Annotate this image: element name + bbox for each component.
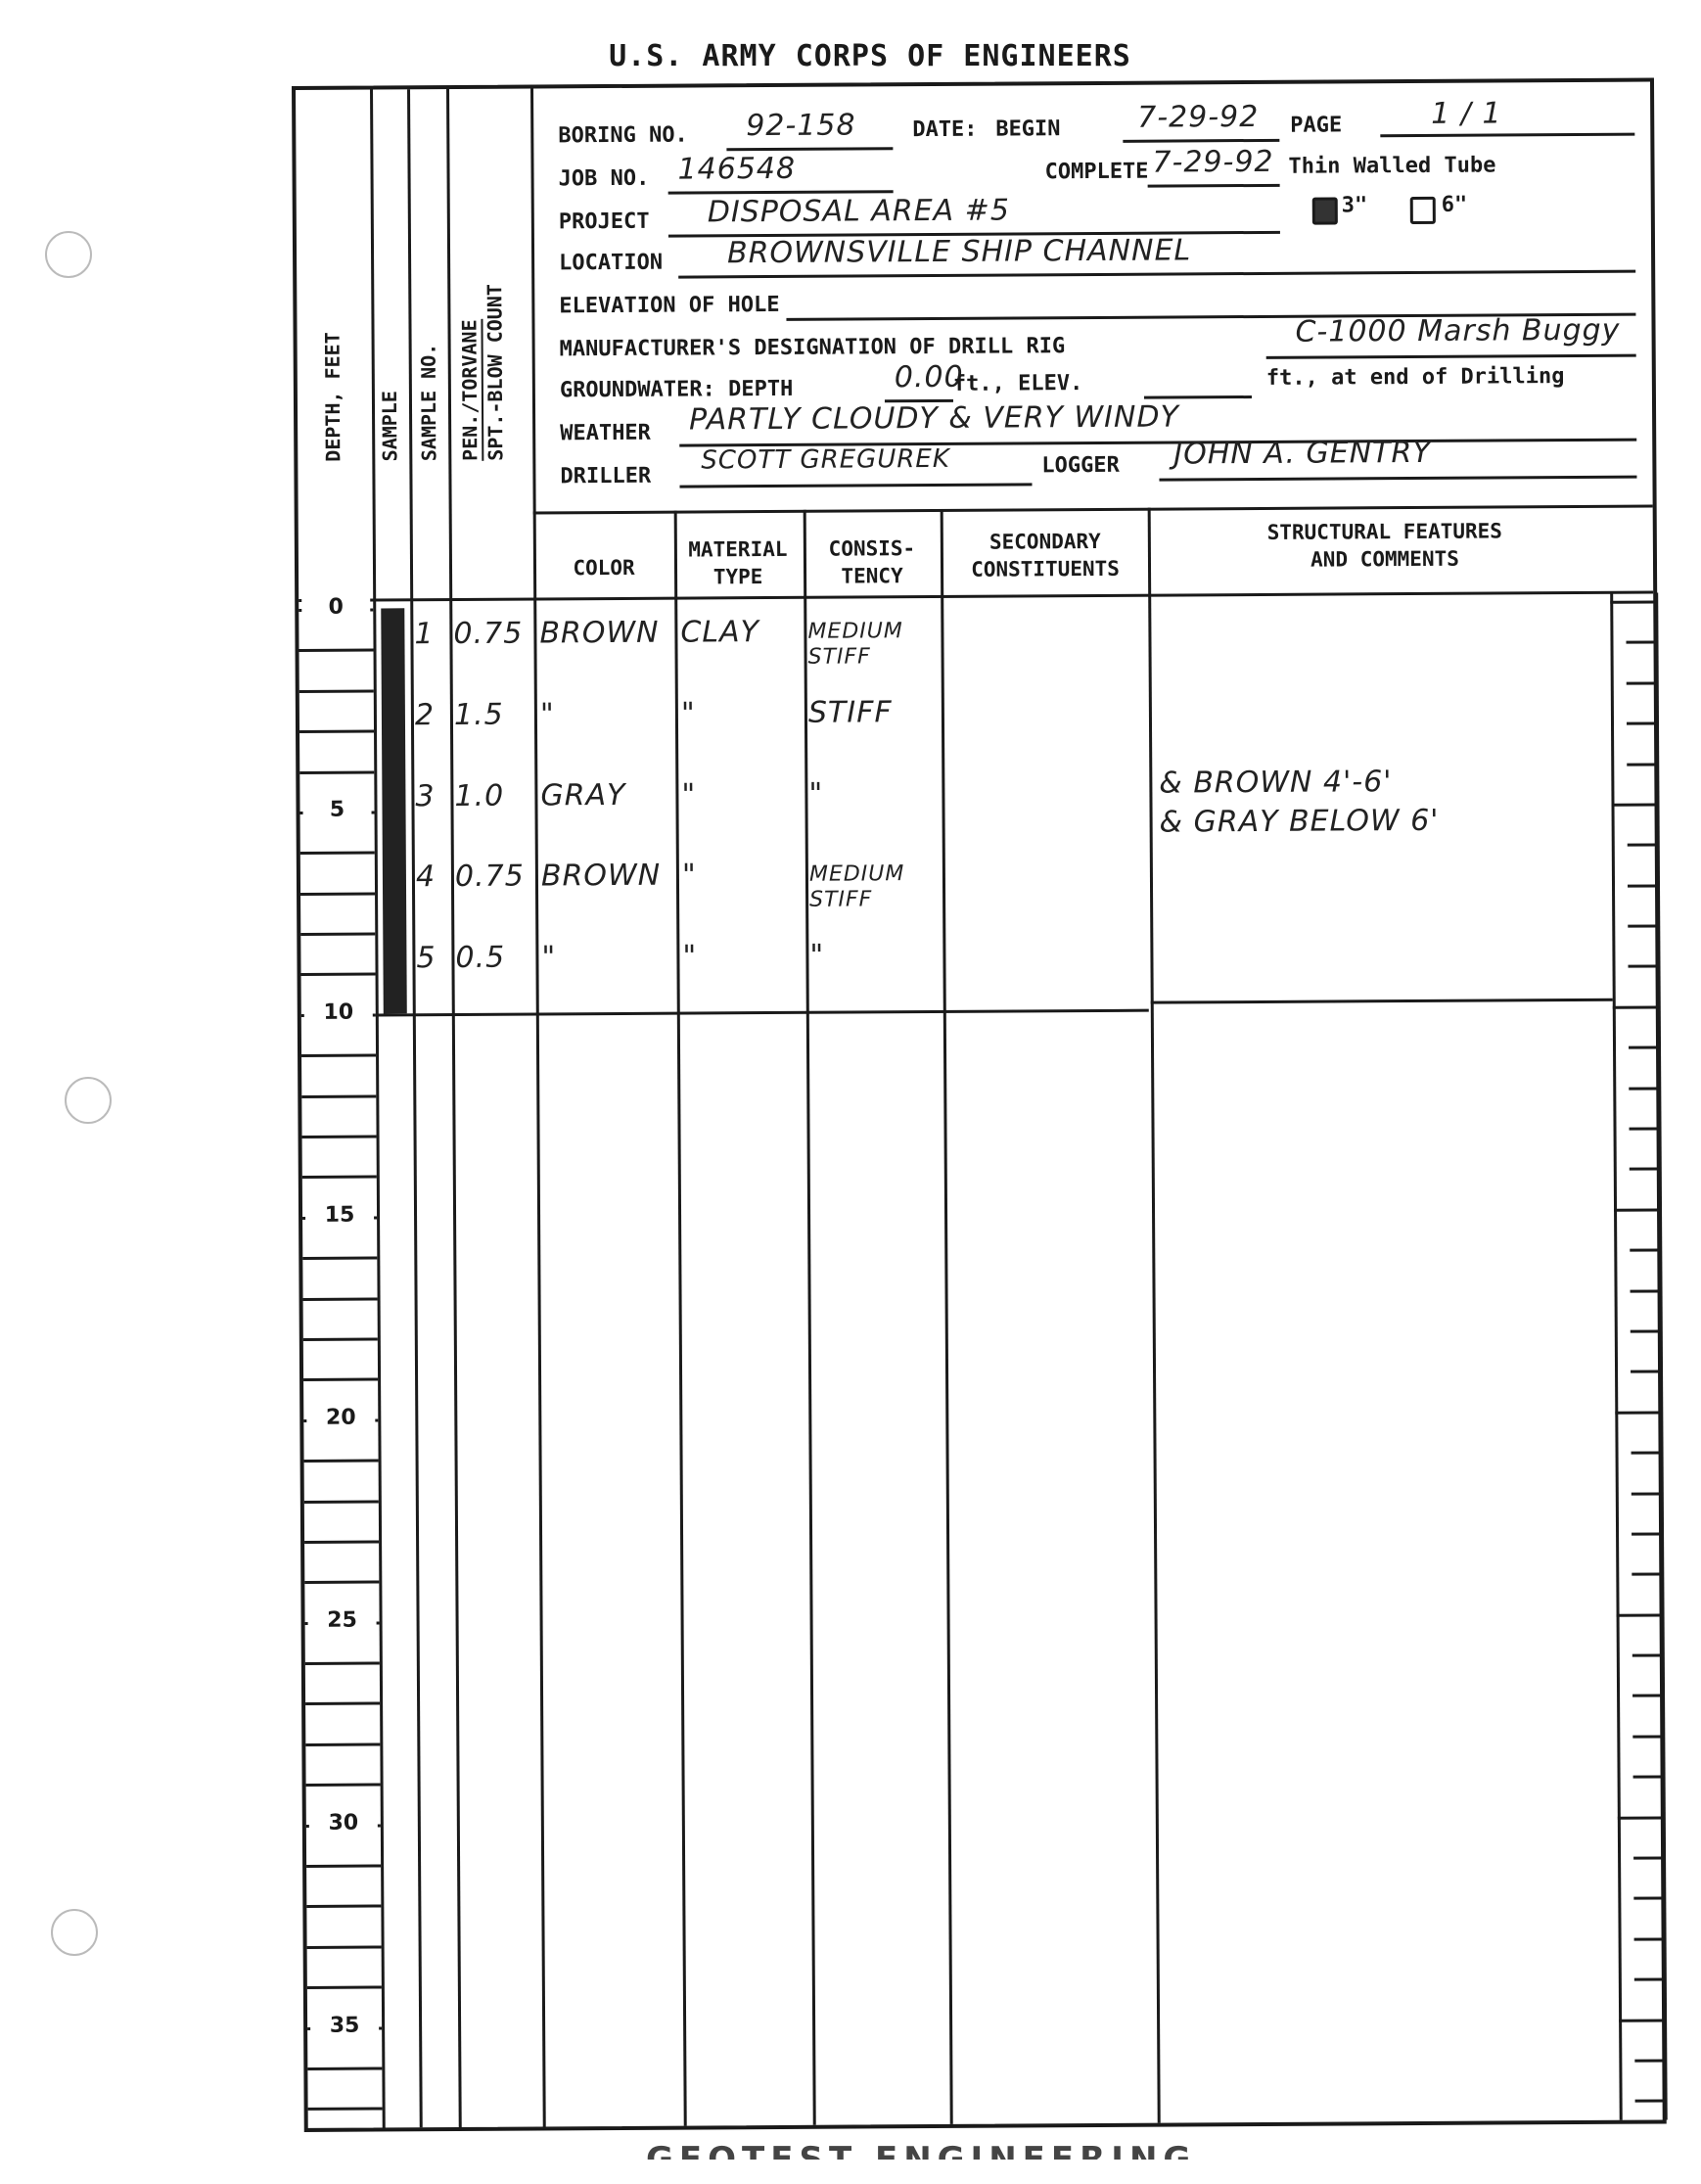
sample-consistency: " (809, 943, 946, 969)
consistency-col-header-1: CONSIS- (804, 534, 941, 563)
scale-tick (1634, 1978, 1664, 1981)
depth-tick (301, 1054, 376, 1057)
scale-tick (1631, 1371, 1660, 1373)
scale-tick (1629, 1087, 1658, 1090)
depth-tick (303, 1297, 378, 1300)
depth-tick (301, 1094, 376, 1097)
scale-tick (1631, 1329, 1660, 1332)
sample-color: " (540, 701, 675, 727)
secondary-col-header-2: CONSTITUENTS (942, 555, 1148, 583)
scale-tick (1618, 1816, 1663, 1819)
page-label: PAGE (1290, 113, 1342, 137)
driller-label: DRILLER (560, 464, 651, 489)
document-title: U.S. ARMY CORPS OF ENGINEERS (0, 39, 1701, 73)
depth-tick (299, 649, 374, 652)
sample-pen: 1.5 (454, 702, 536, 728)
sample-no-column-label: SAMPLE NO. (417, 344, 441, 462)
sample-material: " (682, 862, 805, 889)
scale-tick (1617, 1613, 1662, 1616)
depth-tick (308, 2108, 383, 2111)
depth-label: 30 (309, 1810, 378, 1835)
scale-tick (1627, 681, 1656, 684)
drill-rig-value: C-1000 Marsh Buggy (1295, 313, 1620, 349)
scale-tick (1627, 763, 1656, 766)
job-no-value: 146548 (677, 152, 796, 187)
logger-value: JOHN A. GENTRY (1173, 436, 1432, 472)
weather-value: PARTLY CLOUDY & VERY WINDY (689, 399, 1179, 437)
depth-tick (305, 1702, 380, 1705)
begin-date: 7-29-92 (1137, 100, 1259, 135)
depth-label: 10 (304, 999, 373, 1024)
color-col-header: COLOR (535, 554, 672, 582)
scale-tick (1635, 2100, 1665, 2103)
scale-tick (1631, 1289, 1660, 1292)
scale-tick (1632, 1735, 1662, 1738)
depth-tick (307, 2067, 382, 2069)
depth-tick (304, 1500, 379, 1503)
depth-tick (305, 1662, 380, 1665)
scale-tick (1634, 2059, 1664, 2062)
depth-tick (306, 1784, 381, 1787)
sample-interval-bar (381, 608, 407, 1013)
sample-no: 4 (416, 864, 451, 890)
depth-tick (304, 1540, 379, 1543)
sample-no: 2 (415, 703, 450, 728)
depth-tick (299, 730, 374, 733)
depth-tick (301, 973, 376, 976)
scale-tick (1632, 1654, 1662, 1657)
sample-column-label: SAMPLE (378, 391, 401, 461)
depth-tick (299, 689, 374, 692)
sampler-6in-label: 6" (1442, 193, 1468, 217)
structural-comment: & GRAY BELOW 6' (1160, 803, 1440, 839)
depth-tick (303, 1378, 378, 1381)
sample-consistency: MEDIUM STIFF (809, 861, 946, 913)
depth-label: 35 (310, 2013, 379, 2037)
depth-tick (300, 892, 375, 895)
sampler-6in-checkbox[interactable] (1410, 197, 1436, 224)
scale-tick (1633, 1856, 1663, 1859)
scale-tick (1630, 1128, 1659, 1131)
scale-tick (1632, 1532, 1661, 1535)
driller-value: SCOTT GREGUREK (701, 444, 950, 476)
depth-tick (299, 770, 374, 773)
scale-tick (1629, 965, 1658, 968)
depth-tick (306, 1905, 381, 1908)
sample-pen: 1.0 (454, 783, 536, 810)
scale-tick (1632, 1573, 1661, 1576)
depth-tick (300, 933, 375, 936)
scale-tick (1610, 600, 1655, 603)
depth-label: 15 (305, 1202, 374, 1227)
complete-date: 7-29-92 (1152, 145, 1273, 180)
scale-tick (1615, 1411, 1660, 1414)
depth-tick (304, 1460, 379, 1463)
sample-material: " (681, 781, 805, 808)
depth-log-area: 0510152025303510.75BROWNCLAYMEDIUM STIFF… (299, 593, 1663, 2128)
end-drilling-label: ft., at end of Drilling (1266, 364, 1565, 391)
structural-col-header-1: STRUCTURAL FEATURES (1150, 517, 1620, 547)
weather-label: WEATHER (560, 421, 651, 446)
project-value: DISPOSAL AREA #5 (708, 194, 1010, 230)
elevation-label: ELEVATION OF HOLE (559, 293, 779, 318)
scale-tick (1630, 1249, 1659, 1252)
depth-tick (307, 1986, 382, 1989)
sample-consistency: STIFF (808, 700, 945, 726)
job-no-label: JOB NO. (559, 166, 650, 192)
scale-tick (1614, 1208, 1659, 1211)
location-label: LOCATION (559, 251, 663, 276)
boring-no-label: BORING NO. (558, 123, 688, 149)
logger-label: LOGGER (1041, 453, 1120, 478)
depth-label: 0 (301, 595, 370, 620)
depth-tick (306, 1864, 381, 1867)
boring-log-form: DEPTH, FEET SAMPLE SAMPLE NO. PEN./TORVA… (292, 77, 1667, 2131)
groundwater-label: GROUNDWATER: DEPTH (560, 377, 794, 402)
scale-tick (1634, 1937, 1664, 1940)
scale-tick (1632, 1452, 1661, 1455)
scale-tick (1613, 1005, 1658, 1008)
scale-tick (1632, 1492, 1661, 1495)
sample-consistency: MEDIUM STIFF (807, 619, 944, 671)
sample-color: GRAY (540, 782, 675, 809)
location-value: BROWNSVILLE SHIP CHANNEL (727, 233, 1191, 270)
depth-label: 25 (307, 1607, 376, 1632)
sampler-3in-checkbox[interactable] (1312, 197, 1338, 224)
scale-tick (1619, 2019, 1664, 2021)
binder-hole (45, 231, 92, 278)
secondary-col-header-1: SECONDARY (942, 528, 1148, 556)
pen-torvane-label: PEN./TORVANE (457, 319, 483, 461)
depth-tick (305, 1743, 380, 1745)
scale-tick (1628, 844, 1657, 847)
structural-col-header-2: AND COMMENTS (1150, 544, 1620, 575)
spt-blow-count-label: SPT.-BLOW COUNT (483, 284, 507, 461)
scale-tick (1612, 803, 1657, 806)
depth-tick (302, 1257, 377, 1260)
scale-tick (1633, 1897, 1663, 1900)
sample-color: BROWN (539, 621, 674, 647)
boring-no-value: 92-158 (746, 108, 855, 143)
depth-tick (304, 1581, 379, 1584)
begin-label: BEGIN (995, 116, 1060, 141)
depth-tick (302, 1176, 377, 1179)
scale-tick (1629, 1046, 1658, 1049)
sample-color: BROWN (541, 863, 676, 890)
scale-tick (1633, 1776, 1663, 1779)
sample-pen: 0.5 (455, 946, 537, 972)
sample-material: CLAY (680, 620, 804, 646)
sample-color: " (541, 945, 676, 971)
material-col-header-2: TYPE (674, 563, 802, 591)
sample-material: " (681, 701, 805, 727)
project-label: PROJECT (559, 209, 650, 235)
page-value: 1 / 1 (1431, 96, 1502, 130)
scale-tick (1632, 1695, 1662, 1697)
drill-rig-label: MANUFACTURER'S DESIGNATION OF DRILL RIG (560, 334, 1066, 361)
ft-elev-label: ft., ELEV. (953, 371, 1083, 396)
scale-tick (1628, 925, 1657, 928)
depth-label: 20 (306, 1405, 375, 1429)
binder-hole (65, 1077, 112, 1124)
depth-label: 5 (302, 797, 371, 821)
binder-hole (51, 1909, 98, 1956)
sample-no: 3 (415, 784, 450, 810)
scale-tick (1628, 884, 1657, 887)
material-col-header-1: MATERIAL (674, 535, 802, 564)
structural-comment: & BROWN 4'-6' (1159, 765, 1392, 800)
depth-column-label: DEPTH, FEET (321, 332, 345, 462)
scale-tick (1627, 722, 1656, 725)
sample-no: 5 (416, 946, 451, 971)
sampler-3in-label: 3" (1342, 193, 1368, 217)
sample-no: 1 (414, 622, 449, 647)
sample-material: " (682, 944, 805, 970)
footer-company: GEOTEST ENGINEERING, INC. (646, 2140, 1331, 2160)
complete-label: COMPLETE (1044, 160, 1148, 185)
scale-tick (1626, 641, 1655, 644)
sample-consistency: " (808, 780, 945, 807)
sampler-type-label: Thin Walled Tube (1288, 153, 1495, 178)
sample-pen: 0.75 (453, 621, 535, 647)
date-label: DATE: (912, 117, 977, 142)
consistency-col-header-2: TENCY (804, 562, 941, 590)
depth-tick (300, 852, 375, 855)
depth-tick (303, 1337, 378, 1340)
depth-tick (307, 1945, 382, 1948)
sample-pen: 0.75 (455, 864, 537, 891)
depth-tick (302, 1136, 377, 1138)
scale-tick (1630, 1168, 1659, 1171)
